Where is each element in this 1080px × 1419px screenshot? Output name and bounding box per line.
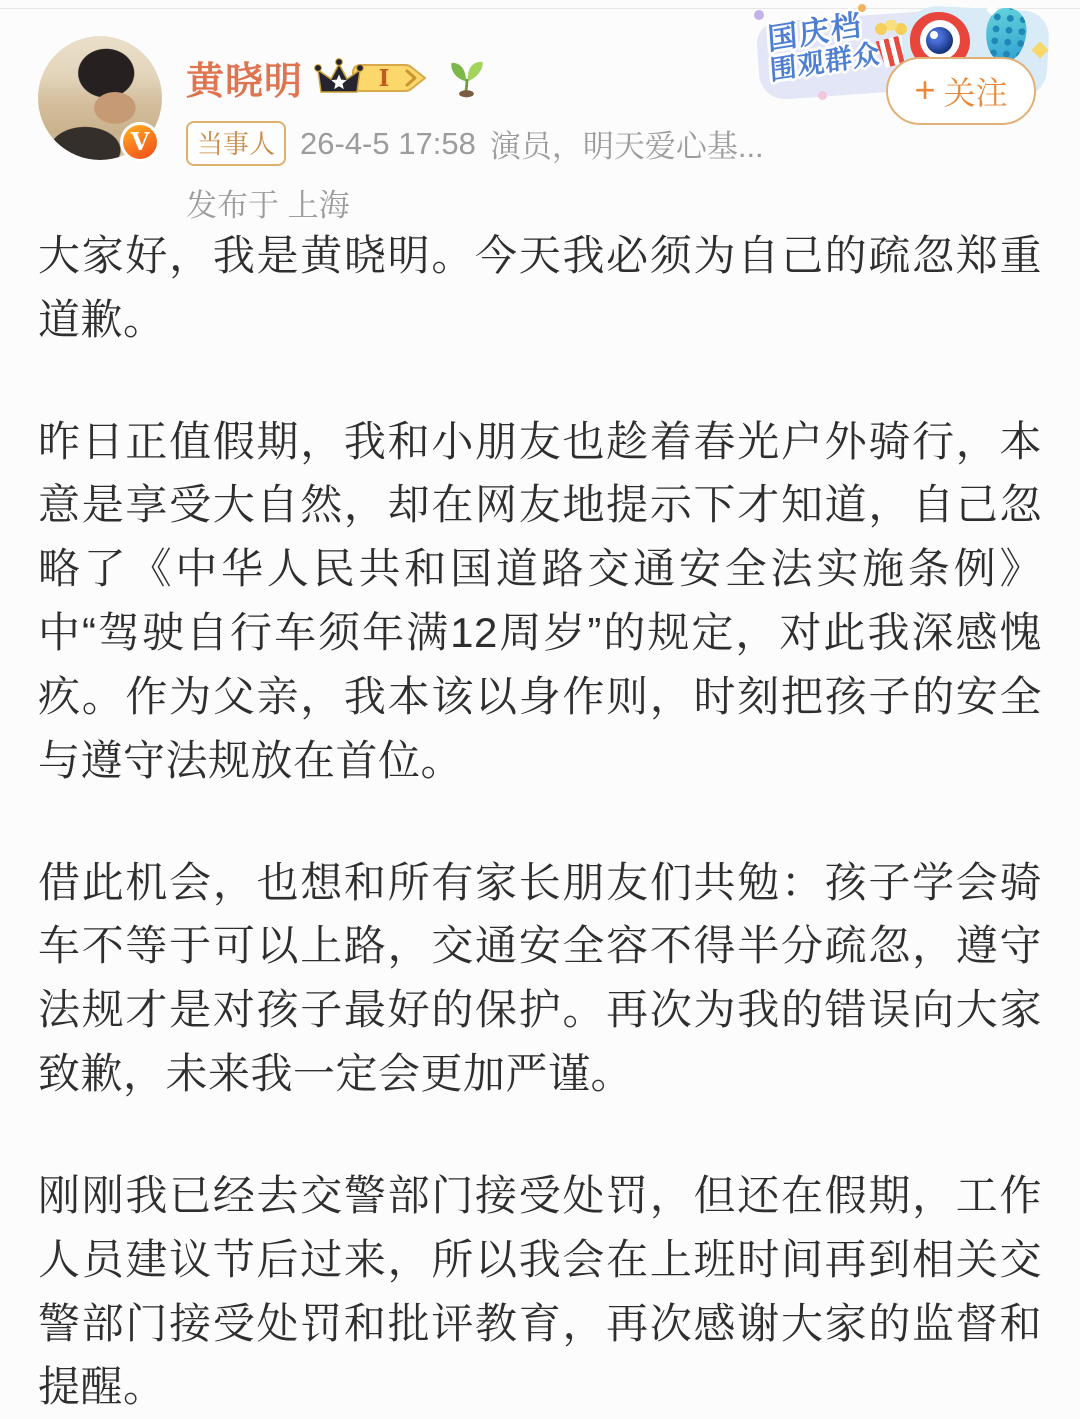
source-app[interactable]: 演员，明天爱心基... <box>490 121 764 166</box>
verified-v-icon: V <box>120 122 160 162</box>
follow-label: 关注 <box>944 68 1008 114</box>
post-content: 大家好，我是黄晓明。今天我必须为自己的疏忽郑重道歉。 昨日正值假期，我和小朋友也… <box>38 224 1042 1419</box>
plus-icon: + <box>914 72 935 108</box>
post-header: V 黄晓明 I <box>0 0 1080 212</box>
avatar[interactable]: V <box>38 36 162 160</box>
author-block: 黄晓明 I <box>186 50 764 225</box>
author-name[interactable]: 黄晓明 <box>186 50 303 105</box>
confetti-dot <box>754 10 764 20</box>
location: 发布于 上海 <box>186 180 764 225</box>
paragraph-4: 刚刚我已经去交警部门接受处罚，但还在假期，工作人员建议节后过来，所以我会在上班时… <box>38 1164 1042 1419</box>
seedling-icon <box>447 57 487 99</box>
timestamp: 26-4-5 17:58 <box>300 126 476 162</box>
popcorn-kernels-icon <box>874 20 908 36</box>
heart-dot-icon <box>818 91 827 100</box>
paragraph-2: 昨日正值假期，我和小朋友也趁着春光户外骑行，本意是享受大自然，却在网友地提示下才… <box>38 410 1042 793</box>
role-badge: 当事人 <box>186 121 286 166</box>
vip-level-text: I <box>379 65 390 92</box>
vip-crown-level-badge[interactable]: I <box>313 56 437 100</box>
follow-button[interactable]: + 关注 <box>886 57 1036 125</box>
paragraph-3: 借此机会，也想和所有家长朋友们共勉：孩子学会骑车不等于可以上路，交通安全容不得半… <box>38 851 1042 1106</box>
paragraph-1: 大家好，我是黄晓明。今天我必须为自己的疏忽郑重道歉。 <box>38 224 1042 352</box>
confetti-dot <box>858 4 866 12</box>
